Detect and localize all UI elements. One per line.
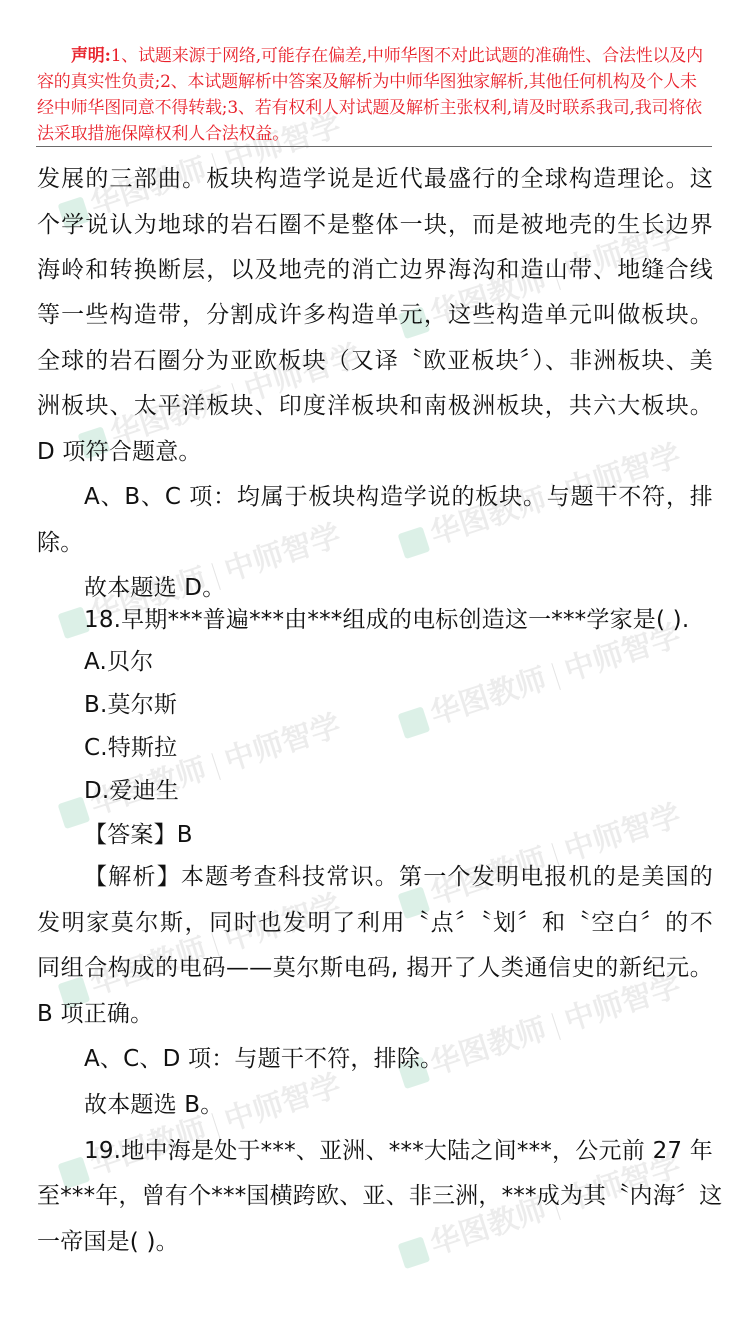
option-c: C.特斯拉: [84, 733, 713, 763]
paragraph-line: 海岭和转换断层，以及地壳的消亡边界海沟和造山带、地缝合线: [37, 255, 713, 285]
conclusion-line: 故本题选 D。: [84, 573, 713, 603]
question-stem: 18.早期***普遍***由***组成的电标创造这一***学家是( ).: [84, 605, 713, 635]
exclusion-line: A、B、C 项：均属于板块构造学说的板块。与题干不符，排: [84, 482, 713, 512]
watermark: 华图教师中师智学: [393, 791, 685, 923]
analysis-line: 发明家莫尔斯，同时也发明了利用〝点〞〝划〞和〝空白〞的不: [37, 908, 713, 938]
disclaimer-label: 声明:: [71, 46, 111, 66]
watermark: 华图教师中师智学: [53, 1061, 345, 1193]
document-page: 华图教师中师智学 华图教师中师智学 华图教师中师智学 华图教师中师智学 华图教师…: [0, 0, 748, 1334]
watermark: 华图教师中师智学: [53, 701, 345, 833]
analysis-line: 同组合构成的电码——莫尔斯电码, 揭开了人类通信史的新纪元。: [37, 953, 713, 983]
conclusion-line: 故本题选 B。: [84, 1090, 713, 1120]
option-b: B.莫尔斯: [84, 690, 713, 720]
watermark: 华图教师中师智学: [53, 881, 345, 1013]
disclaimer-notice: 声明:1、试题来源于网络,可能存在偏差,中师华图不对此试题的准确性、合法性以及内…: [37, 43, 711, 147]
paragraph-line: 个学说认为地球的岩石圈不是整体一块，而是被地壳的生长边界: [37, 210, 713, 240]
question-stem: 一帝国是( )。: [37, 1227, 713, 1257]
paragraph-line: D 项符合题意。: [37, 437, 713, 467]
disclaimer-text: 1、试题来源于网络,可能存在偏差,中师华图不对此试题的准确性、合法性以及内容的真…: [37, 46, 703, 144]
option-d: D.爱迪生: [84, 776, 713, 806]
exclusion-line: 除。: [37, 528, 713, 558]
paragraph-line: 等一些构造带，分割成许多构造单元，这些构造单元叫做板块。: [37, 300, 713, 330]
question-stem: 至***年，曾有个***国横跨欧、亚、非三洲，***成为其〝内海〞这: [37, 1181, 713, 1211]
paragraph-line: 发展的三部曲。板块构造学说是近代最盛行的全球构造理论。这: [37, 164, 713, 194]
exclusion-line: A、C、D 项：与题干不符，排除。: [84, 1044, 713, 1074]
analysis-line: 【解析】本题考查科技常识。第一个发明电报机的是美国的: [84, 862, 713, 892]
header-divider: [36, 146, 712, 147]
question-stem: 19.地中海是处于***、亚洲、***大陆之间***，公元前 27 年: [84, 1136, 713, 1166]
answer-line: 【答案】B: [84, 820, 748, 850]
option-a: A.贝尔: [84, 647, 713, 677]
paragraph-line: 洲板块、太平洋板块、印度洋板块和南极洲板块，共六大板块。: [37, 391, 713, 421]
paragraph-line: 全球的岩石圈分为亚欧板块（又译〝欧亚板块〞）、非洲板块、美: [37, 346, 713, 376]
analysis-line: B 项正确。: [37, 999, 713, 1029]
